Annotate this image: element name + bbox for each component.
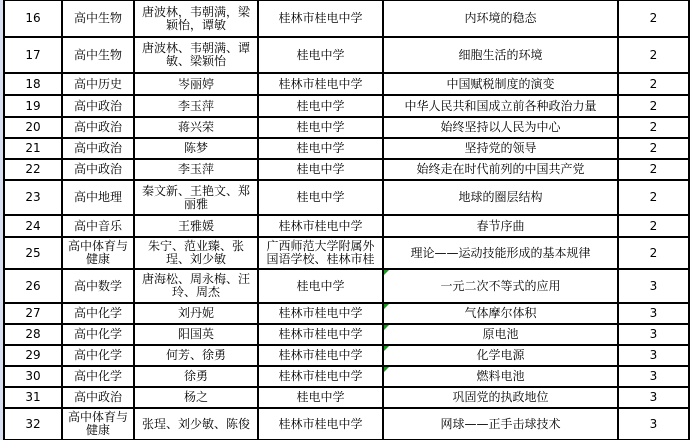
cell-row-number-text: 25 (25, 246, 40, 260)
cell-comment-marker-icon (384, 367, 389, 372)
cell-row-number-text: 16 (25, 11, 40, 25)
cell-lesson-count[interactable]: 2 (618, 159, 689, 180)
cell-subject-text: 高中体育与健康 (68, 239, 128, 266)
cell-topic-text: 原电池 (482, 327, 518, 341)
cell-row-number-text: 22 (25, 162, 40, 176)
table-row: 31高中政治杨之桂电中学巩固党的执政地位3 (4, 387, 689, 408)
cell-teachers-text: 张珵、刘少敏、陈俊 (142, 417, 250, 431)
cell-teachers[interactable]: 陈梦 (134, 138, 258, 159)
table-row: 27高中化学刘丹妮桂林市桂电中学气体摩尔体积3 (4, 303, 689, 324)
cell-lesson-count-text: 3 (650, 390, 658, 404)
cell-row-number[interactable]: 21 (4, 138, 62, 159)
cell-teachers-text: 何芳、徐勇 (166, 348, 226, 362)
cell-teachers[interactable]: 岑丽婷 (134, 73, 258, 95)
cell-row-number-text: 31 (25, 390, 40, 404)
cell-lesson-count-text: 2 (650, 190, 658, 204)
cell-school-text: 桂林市桂电中学 (278, 306, 362, 320)
cell-comment-marker-icon (384, 325, 389, 330)
cell-subject[interactable]: 高中化学 (62, 366, 134, 387)
cell-school-text: 桂林市桂电中学 (278, 369, 362, 383)
cell-topic[interactable]: 春节序曲 (383, 215, 618, 237)
cell-school[interactable]: 桂林市桂电中学 (258, 0, 383, 37)
table-row: 25高中体育与健康朱宁、范业臻、张珵、刘少敏广西师范大学附属外国语学校、桂林市桂… (4, 237, 689, 269)
cell-lesson-count-text: 2 (650, 48, 658, 62)
cell-topic-text: 巩固党的执政地位 (452, 390, 548, 404)
cell-row-number-text: 19 (25, 99, 40, 113)
cell-teachers-text: 李玉萍 (178, 162, 214, 176)
cell-row-number[interactable]: 28 (4, 324, 62, 345)
cell-row-number[interactable]: 29 (4, 345, 62, 366)
cell-school-text: 桂电中学 (296, 279, 344, 293)
cell-topic[interactable]: 一元二次不等式的应用 (383, 269, 618, 303)
cell-teachers-text: 唐波林、韦朝满、谭敏、梁颖怡 (142, 41, 250, 68)
cell-row-number[interactable]: 16 (4, 0, 62, 37)
cell-topic-text: 燃料电池 (476, 369, 524, 383)
cell-lesson-count[interactable]: 2 (618, 237, 689, 269)
cell-school[interactable]: 桂电中学 (258, 95, 383, 117)
cell-subject[interactable]: 高中化学 (62, 324, 134, 345)
table-row: 16高中生物唐波林，韦朝满，梁颖怡，谭敏桂林市桂电中学内环境的稳态2 (4, 0, 689, 37)
cell-topic[interactable]: 坚持党的领导 (383, 138, 618, 159)
table-row: 28高中化学阳国英桂林市桂电中学原电池3 (4, 324, 689, 345)
cell-teachers[interactable]: 唐波林，韦朝满，梁颖怡，谭敏 (134, 0, 258, 37)
cell-topic-text: 网球——正手击球技术 (440, 417, 560, 431)
table-row: 17高中生物唐波林、韦朝满、谭敏、梁颖怡桂电中学细胞生活的环境2 (4, 37, 689, 73)
cell-lesson-count-text: 2 (650, 120, 658, 134)
cell-lesson-count-text: 3 (650, 417, 658, 431)
cell-subject[interactable]: 高中体育与健康 (62, 408, 134, 440)
cell-topic-text: 理论——运动技能形成的基本规律 (410, 246, 590, 260)
sheet-right-gridlines (689, 0, 699, 444)
cell-teachers-text: 朱宁、范业臻、张珵、刘少敏 (148, 239, 244, 266)
cell-topic-text: 中华人民共和国成立前各种政治力量 (404, 99, 596, 113)
cell-topic-text: 气体摩尔体积 (464, 306, 536, 320)
cell-lesson-count[interactable]: 2 (618, 117, 689, 138)
cell-subject[interactable]: 高中政治 (62, 95, 134, 117)
cell-school-text: 桂电中学 (296, 99, 344, 113)
cell-subject-text: 高中政治 (74, 120, 122, 134)
cell-topic[interactable]: 始终走在时代前列的中国共产党 (383, 159, 618, 180)
cell-lesson-count-text: 2 (650, 141, 658, 155)
cell-row-number[interactable]: 17 (4, 37, 62, 73)
cell-row-number[interactable]: 26 (4, 269, 62, 303)
cell-topic[interactable]: 理论——运动技能形成的基本规律 (383, 237, 618, 269)
cell-topic[interactable]: 原电池 (383, 324, 618, 345)
cell-school[interactable]: 桂林市桂电中学 (258, 73, 383, 95)
cell-subject[interactable]: 高中政治 (62, 387, 134, 408)
cell-school[interactable]: 桂林市桂电中学 (258, 345, 383, 366)
cell-topic[interactable]: 地球的圈层结构 (383, 180, 618, 215)
cell-subject-text: 高中音乐 (74, 219, 122, 233)
cell-subject[interactable]: 高中数学 (62, 269, 134, 303)
sheet-bottom-area (0, 440, 699, 444)
cell-row-number-text: 28 (25, 327, 40, 341)
table-row: 19高中政治李玉萍桂电中学中华人民共和国成立前各种政治力量2 (4, 95, 689, 117)
cell-teachers-text: 陈梦 (184, 141, 208, 155)
spreadsheet-table: 16高中生物唐波林，韦朝满，梁颖怡，谭敏桂林市桂电中学内环境的稳态217高中生物… (3, 0, 690, 441)
cell-row-number[interactable]: 19 (4, 95, 62, 117)
cell-topic[interactable]: 始终坚持以人民为中心 (383, 117, 618, 138)
cell-row-number-text: 24 (25, 219, 40, 233)
cell-school-text: 桂林市桂电中学 (278, 219, 362, 233)
cell-lesson-count-text: 3 (650, 369, 658, 383)
cell-lesson-count[interactable]: 3 (618, 269, 689, 303)
cell-lesson-count-text: 2 (650, 99, 658, 113)
cell-school[interactable]: 桂电中学 (258, 159, 383, 180)
cell-lesson-count-text: 3 (650, 348, 658, 362)
cell-topic[interactable]: 细胞生活的环境 (383, 37, 618, 73)
cell-lesson-count[interactable]: 2 (618, 215, 689, 237)
cell-row-number[interactable]: 25 (4, 237, 62, 269)
table-row: 24高中音乐王雅媛桂林市桂电中学春节序曲2 (4, 215, 689, 237)
cell-school-text: 广西师范大学附属外国语学校、桂林市桂 (266, 239, 374, 266)
cell-topic[interactable]: 化学电源 (383, 345, 618, 366)
cell-lesson-count[interactable]: 2 (618, 95, 689, 117)
cell-subject[interactable]: 高中生物 (62, 0, 134, 37)
table-row: 32高中体育与健康张珵、刘少敏、陈俊桂林市桂电中学网球——正手击球技术3 (4, 408, 689, 440)
cell-school-text: 桂林市桂电中学 (278, 348, 362, 362)
cell-teachers-text: 李玉萍 (178, 99, 214, 113)
cell-teachers[interactable]: 蒋兴荣 (134, 117, 258, 138)
cell-teachers[interactable]: 李玉萍 (134, 95, 258, 117)
cell-school[interactable]: 桂林市桂电中学 (258, 324, 383, 345)
cell-school[interactable]: 桂电中学 (258, 387, 383, 408)
cell-subject[interactable]: 高中生物 (62, 37, 134, 73)
cell-row-number[interactable]: 18 (4, 73, 62, 95)
cell-topic[interactable]: 巩固党的执政地位 (383, 387, 618, 408)
cell-school-text: 桂电中学 (296, 162, 344, 176)
cell-subject[interactable]: 高中历史 (62, 73, 134, 95)
cell-subject[interactable]: 高中政治 (62, 117, 134, 138)
cell-teachers[interactable]: 秦文新、王艳文、郑丽雅 (134, 180, 258, 215)
cell-row-number[interactable]: 22 (4, 159, 62, 180)
cell-subject-text: 高中数学 (74, 279, 122, 293)
cell-row-number-text: 30 (25, 369, 40, 383)
cell-topic-text: 坚持党的领导 (464, 141, 536, 155)
cell-comment-marker-icon (384, 304, 389, 309)
cell-school-text: 桂电中学 (296, 120, 344, 134)
cell-school-text: 桂林市桂电中学 (278, 77, 362, 91)
cell-teachers[interactable]: 杨之 (134, 387, 258, 408)
cell-row-number[interactable]: 30 (4, 366, 62, 387)
cell-lesson-count[interactable]: 2 (618, 180, 689, 215)
cell-row-number[interactable]: 32 (4, 408, 62, 440)
cell-teachers[interactable]: 徐勇 (134, 366, 258, 387)
cell-teachers[interactable]: 阳国英 (134, 324, 258, 345)
cell-subject-text: 高中地理 (74, 190, 122, 204)
cell-teachers[interactable]: 朱宁、范业臻、张珵、刘少敏 (134, 237, 258, 269)
cell-row-number-text: 29 (25, 348, 40, 362)
cell-school[interactable]: 桂电中学 (258, 180, 383, 215)
cell-row-number-text: 20 (25, 120, 40, 134)
cell-teachers-text: 杨之 (184, 390, 208, 404)
cell-teachers[interactable]: 何芳、徐勇 (134, 345, 258, 366)
cell-school-text: 桂林市桂电中学 (278, 11, 362, 25)
cell-teachers-text: 蒋兴荣 (178, 120, 214, 134)
cell-row-number-text: 23 (25, 190, 40, 204)
cell-school[interactable]: 桂电中学 (258, 37, 383, 73)
cell-subject[interactable]: 高中政治 (62, 159, 134, 180)
table-row: 29高中化学何芳、徐勇桂林市桂电中学化学电源3 (4, 345, 689, 366)
cell-school[interactable]: 桂林市桂电中学 (258, 303, 383, 324)
cell-row-number-text: 17 (25, 48, 40, 62)
cell-lesson-count[interactable]: 3 (618, 366, 689, 387)
cell-topic-text: 春节序曲 (476, 219, 524, 233)
cell-subject-text: 高中历史 (74, 77, 122, 91)
cell-subject-text: 高中体育与健康 (68, 410, 128, 437)
cell-topic-text: 内环境的稳态 (464, 11, 536, 25)
cell-lesson-count[interactable]: 3 (618, 408, 689, 440)
cell-subject-text: 高中化学 (74, 348, 122, 362)
cell-topic-text: 一元二次不等式的应用 (440, 279, 560, 293)
cell-school-text: 桂林市桂电中学 (278, 327, 362, 341)
cell-subject-text: 高中化学 (74, 306, 122, 320)
table-row: 26高中数学唐海松、周永梅、汪玲、周杰桂电中学一元二次不等式的应用3 (4, 269, 689, 303)
cell-subject[interactable]: 高中地理 (62, 180, 134, 215)
cell-teachers[interactable]: 唐波林、韦朝满、谭敏、梁颖怡 (134, 37, 258, 73)
cell-teachers[interactable]: 张珵、刘少敏、陈俊 (134, 408, 258, 440)
cell-teachers[interactable]: 王雅媛 (134, 215, 258, 237)
cell-school[interactable]: 桂电中学 (258, 138, 383, 159)
cell-lesson-count-text: 2 (650, 219, 658, 233)
cell-row-number-text: 18 (25, 77, 40, 91)
cell-subject[interactable]: 高中化学 (62, 303, 134, 324)
table-body: 16高中生物唐波林，韦朝满，梁颖怡，谭敏桂林市桂电中学内环境的稳态217高中生物… (4, 0, 689, 440)
cell-subject-text: 高中化学 (74, 327, 122, 341)
cell-row-number[interactable]: 23 (4, 180, 62, 215)
cell-row-number-text: 32 (25, 417, 40, 431)
cell-lesson-count[interactable]: 2 (618, 138, 689, 159)
cell-school-text: 桂电中学 (296, 48, 344, 62)
cell-topic-text: 地球的圈层结构 (458, 190, 542, 204)
cell-row-number-text: 21 (25, 141, 40, 155)
cell-subject-text: 高中生物 (74, 48, 122, 62)
cell-school-text: 桂林市桂电中学 (278, 417, 362, 431)
cell-teachers-text: 刘丹妮 (178, 306, 214, 320)
cell-row-number[interactable]: 24 (4, 215, 62, 237)
table-row: 20高中政治蒋兴荣桂电中学始终坚持以人民为中心2 (4, 117, 689, 138)
cell-lesson-count-text: 2 (650, 11, 658, 25)
cell-topic[interactable]: 燃料电池 (383, 366, 618, 387)
cell-lesson-count-text: 3 (650, 327, 658, 341)
cell-lesson-count[interactable]: 2 (618, 0, 689, 37)
cell-topic-text: 化学电源 (476, 348, 524, 362)
cell-teachers-text: 唐海松、周永梅、汪玲、周杰 (142, 272, 250, 299)
cell-topic[interactable]: 中国赋税制度的演变 (383, 73, 618, 95)
cell-row-number-text: 27 (25, 306, 40, 320)
table-row: 21高中政治陈梦桂电中学坚持党的领导2 (4, 138, 689, 159)
cell-teachers-text: 唐波林，韦朝满，梁颖怡，谭敏 (142, 5, 250, 32)
cell-lesson-count[interactable]: 2 (618, 73, 689, 95)
cell-topic[interactable]: 网球——正手击球技术 (383, 408, 618, 440)
cell-lesson-count-text: 3 (650, 279, 658, 293)
cell-teachers-text: 秦文新、王艳文、郑丽雅 (142, 184, 250, 211)
cell-topic[interactable]: 内环境的稳态 (383, 0, 618, 37)
table-row: 23高中地理秦文新、王艳文、郑丽雅桂电中学地球的圈层结构2 (4, 180, 689, 215)
cell-subject-text: 高中政治 (74, 162, 122, 176)
cell-teachers[interactable]: 李玉萍 (134, 159, 258, 180)
cell-comment-marker-icon (384, 270, 389, 275)
cell-school-text: 桂电中学 (296, 190, 344, 204)
cell-teachers-text: 徐勇 (184, 369, 208, 383)
cell-row-number[interactable]: 20 (4, 117, 62, 138)
cell-subject[interactable]: 高中体育与健康 (62, 237, 134, 269)
cell-school[interactable]: 桂林市桂电中学 (258, 366, 383, 387)
cell-topic[interactable]: 气体摩尔体积 (383, 303, 618, 324)
table-row: 30高中化学徐勇桂林市桂电中学燃料电池3 (4, 366, 689, 387)
cell-school[interactable]: 桂林市桂电中学 (258, 215, 383, 237)
cell-lesson-count[interactable]: 3 (618, 303, 689, 324)
cell-subject-text: 高中政治 (74, 390, 122, 404)
cell-lesson-count[interactable]: 2 (618, 37, 689, 73)
cell-lesson-count-text: 2 (650, 246, 658, 260)
cell-lesson-count-text: 2 (650, 77, 658, 91)
cell-school-text: 桂电中学 (296, 390, 344, 404)
cell-lesson-count[interactable]: 3 (618, 345, 689, 366)
cell-lesson-count[interactable]: 3 (618, 324, 689, 345)
cell-lesson-count-text: 2 (650, 162, 658, 176)
cell-school-text: 桂电中学 (296, 141, 344, 155)
cell-row-number[interactable]: 31 (4, 387, 62, 408)
table-row: 22高中政治李玉萍桂电中学始终走在时代前列的中国共产党2 (4, 159, 689, 180)
table-row: 18高中历史岑丽婷桂林市桂电中学中国赋税制度的演变2 (4, 73, 689, 95)
cell-teachers-text: 岑丽婷 (178, 77, 214, 91)
cell-subject-text: 高中化学 (74, 369, 122, 383)
cell-teachers[interactable]: 刘丹妮 (134, 303, 258, 324)
cell-school[interactable]: 桂林市桂电中学 (258, 408, 383, 440)
cell-school[interactable]: 桂电中学 (258, 117, 383, 138)
cell-subject-text: 高中政治 (74, 141, 122, 155)
cell-subject[interactable]: 高中政治 (62, 138, 134, 159)
cell-lesson-count[interactable]: 3 (618, 387, 689, 408)
cell-subject-text: 高中政治 (74, 99, 122, 113)
cell-topic-text: 细胞生活的环境 (458, 48, 542, 62)
cell-row-number-text: 26 (25, 279, 40, 293)
cell-row-number[interactable]: 27 (4, 303, 62, 324)
cell-school[interactable]: 广西师范大学附属外国语学校、桂林市桂 (258, 237, 383, 269)
cell-comment-marker-icon (384, 346, 389, 351)
cell-topic-text: 始终走在时代前列的中国共产党 (416, 162, 584, 176)
cell-school[interactable]: 桂电中学 (258, 269, 383, 303)
cell-subject[interactable]: 高中化学 (62, 345, 134, 366)
cell-subject-text: 高中生物 (74, 11, 122, 25)
cell-topic-text: 始终坚持以人民为中心 (440, 120, 560, 134)
cell-topic-text: 中国赋税制度的演变 (446, 77, 554, 91)
cell-lesson-count-text: 3 (650, 306, 658, 320)
cell-teachers-text: 王雅媛 (178, 219, 214, 233)
cell-subject[interactable]: 高中音乐 (62, 215, 134, 237)
cell-topic[interactable]: 中华人民共和国成立前各种政治力量 (383, 95, 618, 117)
cell-teachers-text: 阳国英 (178, 327, 214, 341)
cell-teachers[interactable]: 唐海松、周永梅、汪玲、周杰 (134, 269, 258, 303)
